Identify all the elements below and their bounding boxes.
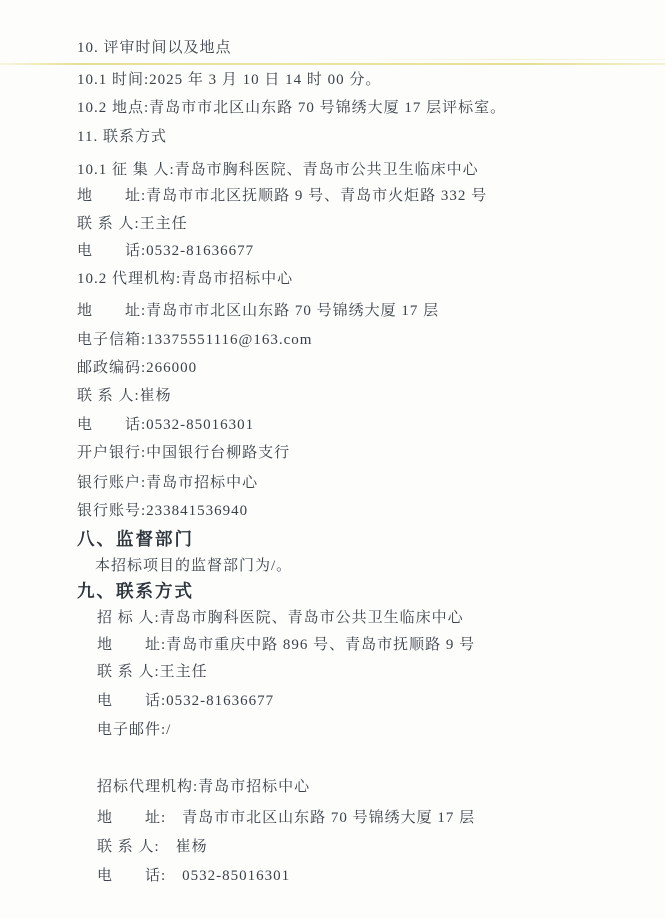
agency-postcode-line: 邮政编码:266000 bbox=[77, 358, 197, 378]
tenderer-address-line: 地 址:青岛市重庆中路 896 号、青岛市抚顺路 9 号 bbox=[97, 635, 475, 655]
collector-contact-line: 联 系 人:王主任 bbox=[77, 214, 188, 234]
bank-account-number-line: 银行账号:233841536940 bbox=[77, 501, 248, 521]
agency-email-line: 电子信箱:13375551116@163.com bbox=[77, 330, 312, 350]
tender-agency-line: 招标代理机构:青岛市招标中心 bbox=[97, 777, 310, 797]
agency-line: 10.2 代理机构:青岛市招标中心 bbox=[77, 269, 293, 289]
collector-line: 10.1 征 集 人:青岛市胸科医院、青岛市公共卫生临床中心 bbox=[77, 160, 479, 180]
agency-address-line: 地 址:青岛市市北区山东路 70 号锦绣大厦 17 层 bbox=[77, 301, 439, 321]
document-page: 10. 评审时间以及地点 10.1 时间:2025 年 3 月 10 日 14 … bbox=[0, 0, 665, 919]
tender-agency-contact-line: 联 系 人: 崔杨 bbox=[97, 837, 208, 857]
supervision-body-line: 本招标项目的监督部门为/。 bbox=[95, 556, 292, 576]
review-place-line: 10.2 地点:青岛市市北区山东路 70 号锦绣大厦 17 层评标室。 bbox=[77, 98, 506, 118]
tender-agency-phone-line: 电 话: 0532-85016301 bbox=[97, 866, 290, 886]
collector-phone-line: 电 话:0532-81636677 bbox=[77, 241, 254, 261]
review-time-line: 10.1 时间:2025 年 3 月 10 日 14 时 00 分。 bbox=[77, 70, 381, 90]
bank-account-name-line: 银行账户:青岛市招标中心 bbox=[77, 473, 258, 493]
scan-artifact-line bbox=[0, 63, 665, 65]
collector-address-line: 地 址:青岛市市北区抚顺路 9 号、青岛市火炬路 332 号 bbox=[77, 186, 487, 206]
section-10-heading: 10. 评审时间以及地点 bbox=[77, 38, 232, 58]
tenderer-line: 招 标 人:青岛市胸科医院、青岛市公共卫生临床中心 bbox=[97, 608, 464, 628]
tenderer-contact-line: 联 系 人:王主任 bbox=[97, 662, 208, 682]
agency-phone-line: 电 话:0532-85016301 bbox=[77, 415, 254, 435]
tenderer-phone-line: 电 话:0532-81636677 bbox=[97, 691, 274, 711]
tender-agency-address-line: 地 址: 青岛市市北区山东路 70 号锦绣大厦 17 层 bbox=[97, 808, 475, 828]
tenderer-email-line: 电子邮件:/ bbox=[97, 720, 171, 740]
agency-contact-line: 联 系 人:崔杨 bbox=[77, 386, 172, 406]
section-9-heading: 九、联系方式 bbox=[77, 579, 194, 603]
section-8-heading: 八、监督部门 bbox=[77, 527, 194, 551]
scan-artifact-line-faint bbox=[300, 59, 665, 60]
bank-name-line: 开户银行:中国银行台柳路支行 bbox=[77, 443, 290, 463]
section-11-heading: 11. 联系方式 bbox=[77, 127, 167, 147]
